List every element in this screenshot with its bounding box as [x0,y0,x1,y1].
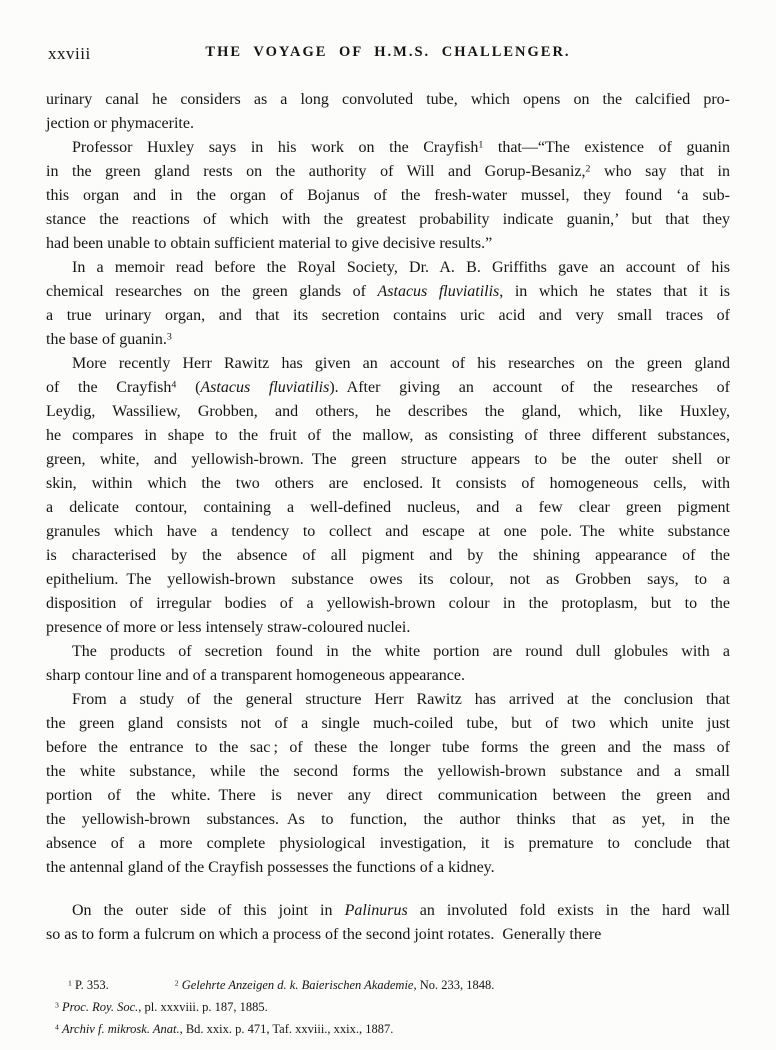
text-segment: the white substance, while the second fo… [46,763,730,780]
text-line: stance the reactions of which with the g… [46,208,730,232]
text-segment: so as to form a fulcrum on which a proce… [46,926,601,943]
text-line: portion of the white. There is never any… [46,784,730,808]
text-line: presence of more or less intensely straw… [46,616,730,640]
text-line: absence of a more complete physiological… [46,832,730,856]
text-line: the yellowish-brown substances. As to fu… [46,808,730,832]
text-segment: Proc. Roy. Soc. [62,1000,138,1014]
text-segment: , in which he states that it is [499,283,730,300]
text-segment: stance the reactions of which with the g… [46,211,730,228]
text-line: he compares in shape to the fruit of the… [46,424,730,448]
text-segment: that—“The existence of guanin [483,139,730,156]
text-segment: epithelium. The yellowish-brown substanc… [46,571,730,588]
text-segment: the green gland consists not of a single… [46,715,730,732]
text-segment: sharp contour line and of a transparent … [46,667,465,684]
text-segment: granules which have a tendency to collec… [46,523,730,540]
text-line: Leydig, Wassiliew, Grobben, and others, … [46,400,730,424]
text-segment: he compares in shape to the fruit of the… [46,427,730,444]
text-segment: Professor Huxley says in his work on the… [72,139,478,156]
text-line: the antennal gland of the Crayfish posse… [46,856,730,880]
page-number: xxviii [48,44,91,64]
text-segment: green, white, and yellowish-brown. The g… [46,451,730,468]
text-line: epithelium. The yellowish-brown substanc… [46,568,730,592]
text-segment: a delicate contour, containing a well-de… [46,499,730,516]
text-segment: From a study of the general structure He… [72,691,730,708]
text-segment: portion of the white. There is never any… [46,787,730,804]
paragraph: urinary canal he considers as a long con… [46,88,730,136]
text-segment: ). After giving an account of the resear… [329,379,730,396]
paragraph: In a memoir read before the Royal Societ… [46,256,730,352]
text-segment: Astacus fluviatilis [200,379,329,396]
text-segment: Gelehrte Anzeigen d. k. Baierischen Akad… [182,978,414,992]
footnote-line: 3 Proc. Roy. Soc., pl. xxxviii. p. 187, … [46,996,730,1018]
text-segment: The products of secretion found in the w… [72,643,730,660]
text-segment: is characterised by the absence of all p… [46,547,730,564]
footnote-marker: 2 [175,979,179,988]
text-segment: absence of a more complete physiological… [46,835,730,852]
text-line: the green gland consists not of a single… [46,712,730,736]
text-segment: On the outer side of this joint in [72,902,345,919]
text-segment: a true urinary organ, and that its secre… [46,307,730,324]
text-line: before the entrance to the sac ; of thes… [46,736,730,760]
text-line: sharp contour line and of a transparent … [46,664,730,688]
text-line: disposition of irregular bodies of a yel… [46,592,730,616]
paragraph: On the outer side of this joint in Palin… [46,899,730,947]
text-segment: skin, within which the two others are en… [46,475,730,492]
text-line: the white substance, while the second fo… [46,760,730,784]
footnote-line: 4 Archiv f. mikrosk. Anat., Bd. xxix. p.… [46,1018,730,1040]
text-line: a delicate contour, containing a well-de… [46,496,730,520]
text-line: granules which have a tendency to collec… [46,520,730,544]
text-segment: had been unable to obtain sufficient mat… [46,235,492,252]
text-line: skin, within which the two others are en… [46,472,730,496]
text-segment: chemical researches on the green glands … [46,283,378,300]
text-segment: jection or phymacerite. [46,115,194,132]
text-line: this organ and in the organ of Bojanus o… [46,184,730,208]
text-segment: Archiv f. mikrosk. Anat. [62,1022,180,1036]
text-segment: before the entrance to the sac ; of thes… [46,739,730,756]
text-segment: presence of more or less intensely straw… [46,619,410,636]
text-segment: this organ and in the organ of Bojanus o… [46,187,730,204]
text-segment: , pl. xxxviii. p. 187, 1885. [138,1000,268,1014]
text-line: in the green gland rests on the authorit… [46,160,730,184]
text-line: of the Crayfish4 (Astacus fluviatilis). … [46,376,730,400]
text-segment: an involuted fold exists in the hard wal… [408,902,730,919]
text-line: so as to form a fulcrum on which a proce… [46,923,730,947]
paragraph: Professor Huxley says in his work on the… [46,136,730,256]
text-line: the base of guanin.3 [46,328,730,352]
book-page: xxviii THE VOYAGE OF H.M.S. CHALLENGER. … [0,0,776,1050]
text-segment: urinary canal he considers as a long con… [46,91,730,108]
paragraph: The products of secretion found in the w… [46,640,730,688]
page-header: xxviii THE VOYAGE OF H.M.S. CHALLENGER. [46,44,730,66]
text-segment: in the green gland rests on the authorit… [46,163,586,180]
text-segment: More recently Herr Rawitz has given an a… [72,355,730,372]
text-line: a true urinary organ, and that its secre… [46,304,730,328]
text-segment: Palinurus [345,902,408,919]
text-line: More recently Herr Rawitz has given an a… [46,352,730,376]
running-title: THE VOYAGE OF H.M.S. CHALLENGER. [46,44,730,61]
text-line: green, white, and yellowish-brown. The g… [46,448,730,472]
text-line: had been unable to obtain sufficient mat… [46,232,730,256]
text-segment: Astacus fluviatilis [378,283,500,300]
paragraph: From a study of the general structure He… [46,688,730,880]
footnote-marker: 3 [167,332,172,343]
text-segment: the antennal gland of the Crayfish posse… [46,859,495,876]
text-segment: , No. 233, 1848. [413,978,494,992]
body-text: urinary canal he considers as a long con… [46,88,730,947]
text-line: jection or phymacerite. [46,112,730,136]
text-segment: the yellowish-brown substances. As to fu… [46,811,730,828]
text-segment: P. 353. [72,978,109,992]
text-line: From a study of the general structure He… [46,688,730,712]
text-line: Professor Huxley says in his work on the… [46,136,730,160]
text-segment: ( [176,379,200,396]
text-line: chemical researches on the green glands … [46,280,730,304]
text-line: is characterised by the absence of all p… [46,544,730,568]
footnotes: 1 P. 353.2 Gelehrte Anzeigen d. k. Baier… [46,974,730,1040]
text-line: In a memoir read before the Royal Societ… [46,256,730,280]
text-line: On the outer side of this joint in Palin… [46,899,730,923]
paragraph: More recently Herr Rawitz has given an a… [46,352,730,640]
text-segment: of the Crayfish [46,379,171,396]
footnote-line: 1 P. 353.2 Gelehrte Anzeigen d. k. Baier… [46,974,730,996]
text-line: urinary canal he considers as a long con… [46,88,730,112]
text-segment: In a memoir read before the Royal Societ… [72,259,730,276]
text-segment: , Bd. xxix. p. 471, Taf. xxviii., xxix.,… [180,1022,394,1036]
text-segment: the base of guanin. [46,331,167,348]
text-line: The products of secretion found in the w… [46,640,730,664]
text-segment: disposition of irregular bodies of a yel… [46,595,730,612]
text-segment: Leydig, Wassiliew, Grobben, and others, … [46,403,730,420]
text-segment: who say that in [590,163,730,180]
